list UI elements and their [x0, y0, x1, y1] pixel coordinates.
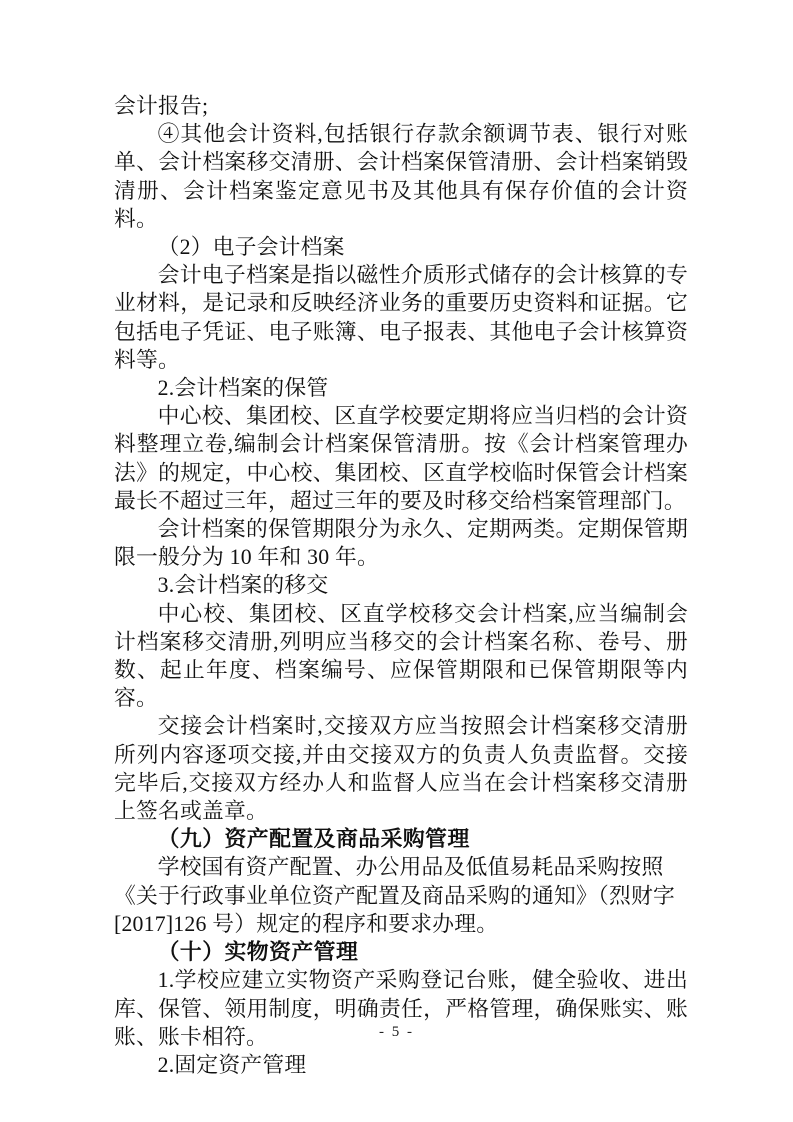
document-page: 会计报告; ④其他会计资料,包括银行存款余额调节表、银行对账单、会计档案移交清册…: [0, 0, 793, 1122]
page-number: - 5 -: [0, 1024, 793, 1041]
paragraph-electronic-archives-definition: 会计电子档案是指以磁性介质形式储存的会计核算的专业材料，是记录和反映经济业务的重…: [114, 261, 688, 374]
heading-section-9-asset-allocation: （九）资产配置及商品采购管理: [114, 825, 688, 853]
paragraph-archive-custody-rules: 中心校、集团校、区直学校要定期将应当归档的会计资料整理立卷,编制会计档案保管清册…: [114, 402, 688, 515]
subheading-electronic-archives: （2）电子会计档案: [114, 233, 688, 261]
subheading-archive-transfer: 3.会计档案的移交: [114, 571, 688, 599]
paragraph-custody-periods: 会计档案的保管期限分为永久、定期两类。定期保管期限一般分为 10 年和 30 年…: [114, 515, 688, 571]
paragraph-accounting-report-continuation: 会计报告;: [114, 92, 688, 120]
paragraph-transfer-inventory: 中心校、集团校、区直学校移交会计档案,应当编制会计档案移交清册,列明应当移交的会…: [114, 600, 688, 713]
paragraph-procurement-rules: 学校国有资产配置、办公用品及低值易耗品采购按照《关于行政事业单位资产配置及商品采…: [114, 853, 688, 938]
document-body: 会计报告; ④其他会计资料,包括银行存款余额调节表、银行对账单、会计档案移交清册…: [114, 92, 688, 1079]
subheading-fixed-asset-management: 2.固定资产管理: [114, 1051, 688, 1079]
paragraph-other-accounting-materials: ④其他会计资料,包括银行存款余额调节表、银行对账单、会计档案移交清册、会计档案保…: [114, 120, 688, 233]
paragraph-handover-procedure: 交接会计档案时,交接双方应当按照会计档案移交清册所列内容逐项交接,并由交接双方的…: [114, 712, 688, 825]
heading-section-10-physical-assets: （十）实物资产管理: [114, 938, 688, 966]
subheading-archive-custody: 2.会计档案的保管: [114, 374, 688, 402]
